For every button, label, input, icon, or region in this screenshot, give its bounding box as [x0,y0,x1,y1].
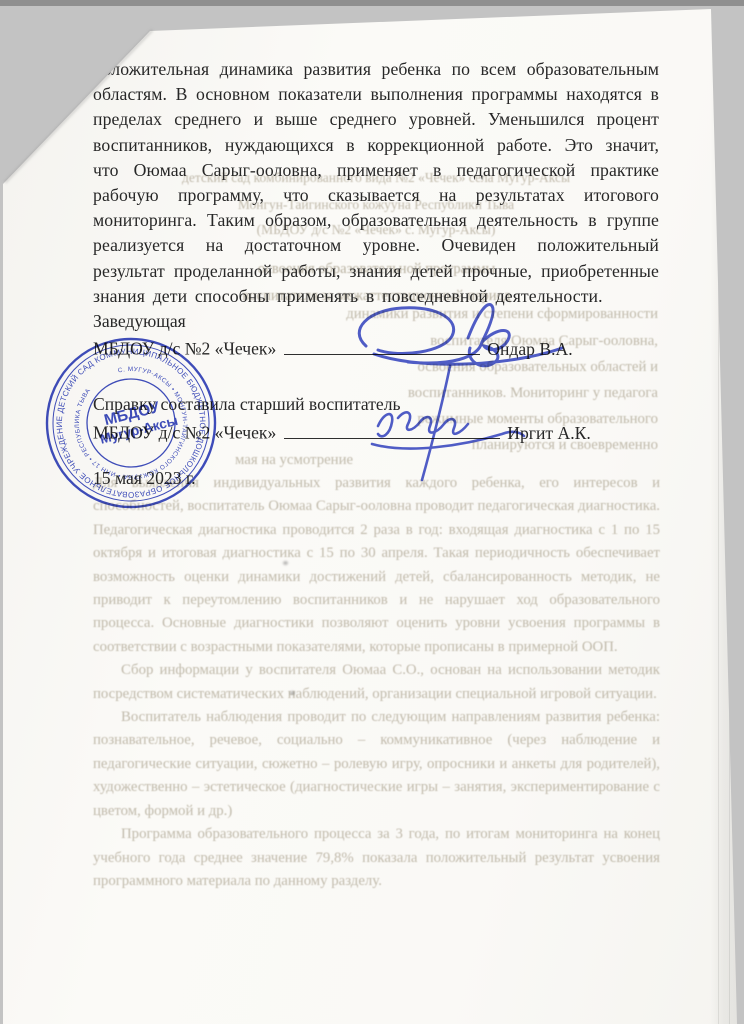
round-stamp-icon: МУНИЦИПАЛЬНОЕ БЮДЖЕТНОЕ ДОШКОЛЬНОЕ ОБРАЗ… [42,334,220,512]
compiler-signature-autograph [358,362,558,486]
main-paragraph: положительная динамика развития ребенка … [93,57,659,309]
stamp-outer-circle [42,334,220,512]
page-edge-seam [718,10,719,1024]
paper-sheet: детский сад комбинированного вида №2 «Че… [0,0,744,1024]
page-right-edge [710,8,744,1024]
page-edge-seam [729,10,730,1024]
stamp-outer-ring-text: МУНИЦИПАЛЬНОЕ БЮДЖЕТНОЕ ДОШКОЛЬНОЕ ОБРАЗ… [42,334,220,512]
scanned-document: детский сад комбинированного вида №2 «Че… [0,0,744,1024]
bleed-paragraph: Воспитатель наблюдения проводит по следу… [93,706,660,823]
bleed-paragraph: Программа образовательного процесса за 3… [93,823,660,893]
bleed-paragraph: Сбор информации у воспитателя Оюмаа С.О.… [93,659,660,706]
scan-smudge [283,561,288,565]
head-role-line: Заведующая [93,311,186,332]
scan-smudge [290,691,295,695]
stamp-mid-circle [42,334,220,512]
bleed-fragment: мая на усмотрение [235,452,353,469]
bleed-paragraphs: Для выявления индивидуальных развития ка… [93,472,660,893]
scanner-edge [0,0,744,6]
